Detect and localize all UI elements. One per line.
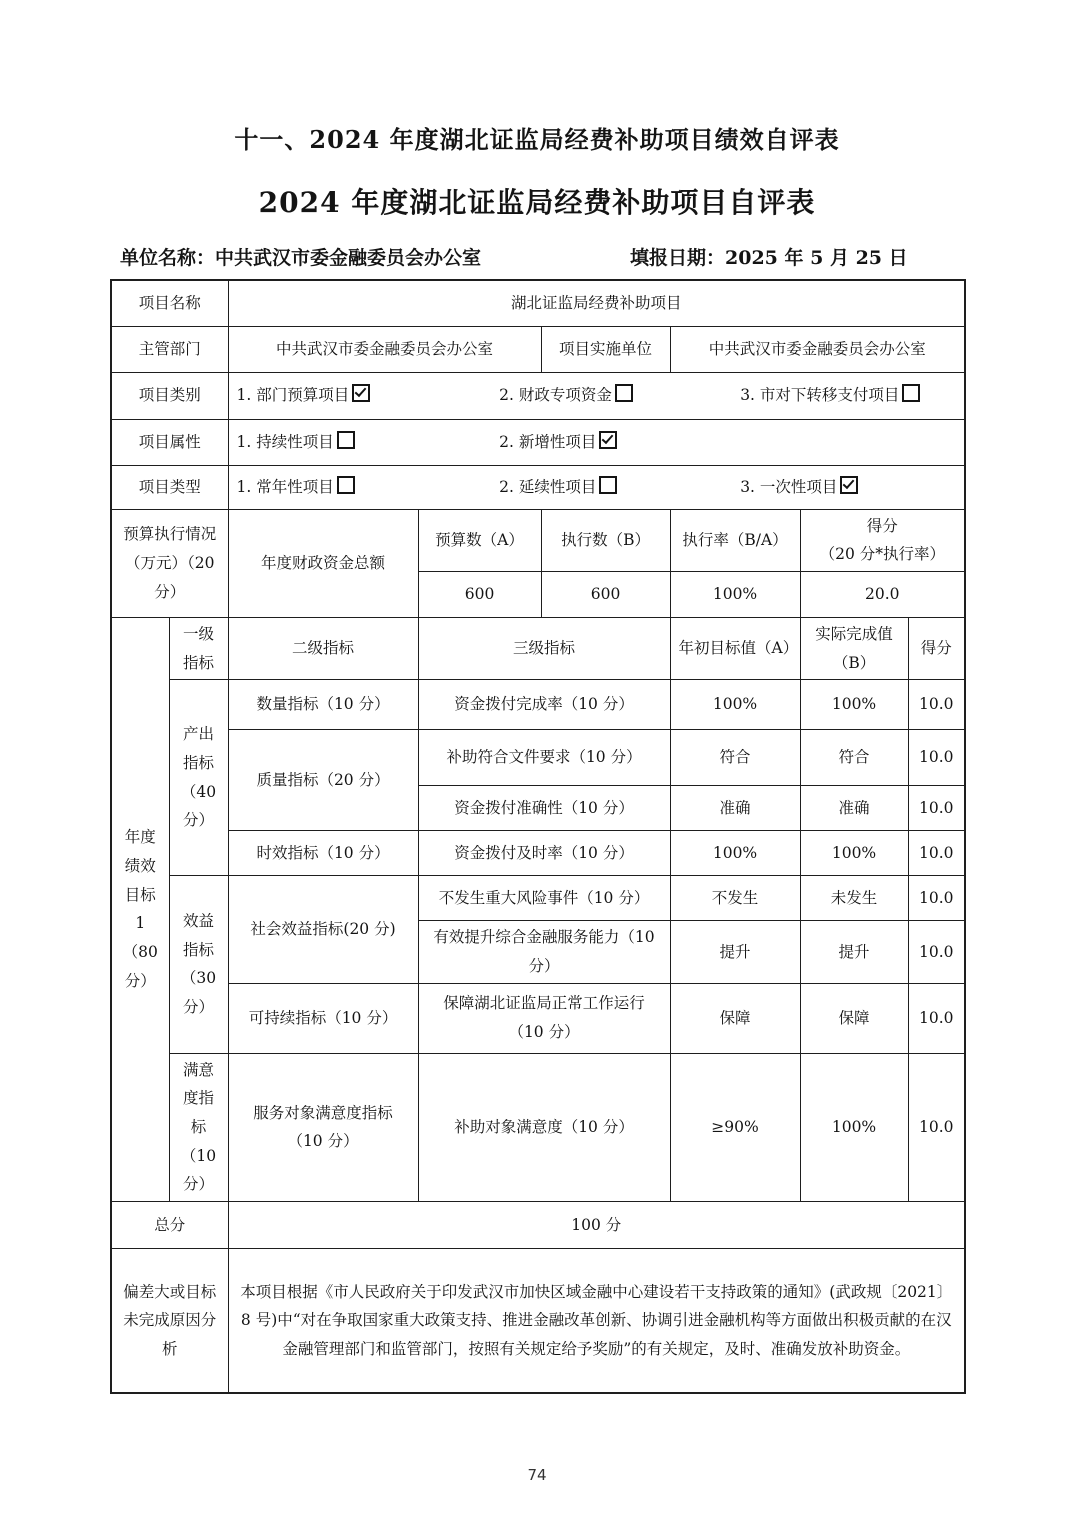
l3-indicator-cell: 资金拨付完成率（10 分）	[418, 680, 670, 730]
l2-indicator-cell: 社会效益指标(20 分)	[228, 876, 418, 983]
rate-value-cell: 100%	[670, 571, 800, 617]
deviation-analysis-cell: 本项目根据《市人民政府关于印发武汉市加快区域金融中心建设若干支持政策的通知》(武…	[228, 1248, 965, 1393]
budget-col-budget-cell: 预算数（A）	[418, 509, 541, 571]
unit-name-label: 单位名称：	[120, 247, 215, 269]
impl-unit-value-cell: 中共武汉市委金融委员会办公室	[670, 326, 965, 372]
option-label: 1. 部门预算项目	[237, 386, 350, 404]
document-page: 十一、2024 年度湖北证监局经费补助项目绩效自评表 2024 年度湖北证监局经…	[110, 0, 964, 1484]
l1-indicator-cell: 满意度指标（10 分）	[169, 1053, 228, 1201]
attribute-options-cell: 1. 持续性项目 2. 新增性项目	[228, 419, 965, 465]
l2-header-cell: 二级指标	[228, 617, 418, 679]
dept-value-cell: 中共武汉市委金融委员会办公室	[228, 326, 541, 372]
budget-score-header-line1: 得分	[809, 512, 957, 541]
option-item: 1. 常年性项目	[237, 473, 500, 502]
report-date-label: 填报日期：	[630, 247, 725, 269]
l1-header-cell: 一级指标	[169, 617, 228, 679]
target-value-cell: 100%	[670, 680, 800, 730]
l1-indicator-cell: 产出指标（40 分）	[169, 680, 228, 876]
l3-indicator-cell: 资金拨付及时率（10 分）	[418, 831, 670, 876]
score-cell: 10.0	[908, 876, 965, 921]
option-item: 1. 持续性项目	[237, 428, 500, 457]
report-date-value: 2025 年 5 月 25 日	[725, 247, 908, 269]
option-label: 1. 常年性项目	[237, 478, 334, 496]
l2-indicator-cell: 可持续指标（10 分）	[228, 983, 418, 1053]
type-option-row: 1. 常年性项目 2. 延续性项目 3. 一次性项目	[237, 473, 957, 502]
total-score-value-cell: 100 分	[228, 1201, 965, 1248]
option-item: 2. 延续性项目	[499, 473, 740, 502]
option-label: 1. 持续性项目	[237, 433, 334, 451]
budget-row-label-cell: 年度财政资金总额	[228, 509, 418, 617]
target-value-cell: 不发生	[670, 876, 800, 921]
l1-indicator-cell: 效益指标（30 分）	[169, 876, 228, 1053]
actual-value-cell: 符合	[800, 730, 908, 786]
score-cell: 10.0	[908, 831, 965, 876]
checkbox-icon	[337, 476, 355, 494]
attribute-label-cell: 项目属性	[111, 419, 228, 465]
target-value-cell: 100%	[670, 831, 800, 876]
checkbox-icon	[902, 384, 920, 402]
budget-score-value-cell: 20.0	[800, 571, 965, 617]
target-value-cell: 保障	[670, 983, 800, 1053]
type-options-cell: 1. 常年性项目 2. 延续性项目 3. 一次性项目	[228, 465, 965, 509]
checkbox-icon	[352, 384, 370, 402]
option-item: 2. 财政专项资金	[499, 381, 740, 410]
option-item: 2. 新增性项目	[499, 428, 740, 457]
meta-line: 单位名称：中共武汉市委金融委员会办公室 填报日期：2025 年 5 月 25 日	[110, 243, 964, 273]
target-value-cell: 准确	[670, 786, 800, 831]
checkbox-icon	[840, 476, 858, 494]
option-label: 2. 延续性项目	[499, 478, 596, 496]
unit-name-value: 中共武汉市委金融委员会办公室	[215, 247, 481, 269]
budget-col-score-cell: 得分 （20 分*执行率）	[800, 509, 965, 571]
actual-value-cell: 保障	[800, 983, 908, 1053]
annual-performance-goal-cell: 年度绩效目标1（80 分）	[111, 617, 169, 1201]
project-name-value-cell: 湖北证监局经费补助项目	[228, 280, 965, 326]
target-value-cell: 符合	[670, 730, 800, 786]
actual-value-cell: 100%	[800, 1053, 908, 1201]
score-cell: 10.0	[908, 786, 965, 831]
l3-indicator-cell: 有效提升综合金融服务能力（10 分）	[418, 921, 670, 983]
l3-indicator-cell: 不发生重大风险事件（10 分）	[418, 876, 670, 921]
option-label: 3. 一次性项目	[740, 478, 837, 496]
l3-indicator-cell: 保障湖北证监局正常工作运行（10 分）	[418, 983, 670, 1053]
type-label-cell: 项目类型	[111, 465, 228, 509]
score-header-cell: 得分	[908, 617, 965, 679]
deviation-label-cell: 偏差大或目标 未完成原因分析	[111, 1248, 228, 1393]
l2-indicator-cell: 质量指标（20 分）	[228, 730, 418, 831]
budget-section-label-cell: 预算执行情况（万元）（20 分）	[111, 509, 228, 617]
l2-indicator-cell: 时效指标（10 分）	[228, 831, 418, 876]
actual-header-cell: 实际完成值（B）	[800, 617, 908, 679]
target-header-cell: 年初目标值（A）	[670, 617, 800, 679]
unit-name: 单位名称：中共武汉市委金融委员会办公室	[120, 243, 481, 270]
option-label: 3. 市对下转移支付项目	[740, 386, 899, 404]
checkbox-icon	[337, 431, 355, 449]
target-value-cell: 提升	[670, 921, 800, 983]
actual-value-cell: 未发生	[800, 876, 908, 921]
l2-indicator-cell: 数量指标（10 分）	[228, 680, 418, 730]
doc-section-title: 十一、2024 年度湖北证监局经费补助项目绩效自评表	[110, 120, 964, 155]
actual-value-cell: 提升	[800, 921, 908, 983]
impl-unit-label-cell: 项目实施单位	[541, 326, 670, 372]
l3-indicator-cell: 资金拨付准确性（10 分）	[418, 786, 670, 831]
target-value-cell: ≥90%	[670, 1053, 800, 1201]
budget-score-header-line2: （20 分*执行率）	[809, 540, 957, 569]
attribute-option-row: 1. 持续性项目 2. 新增性项目	[237, 428, 957, 457]
page-number: 74	[110, 1466, 964, 1484]
category-options-cell: 1. 部门预算项目 2. 财政专项资金 3. 市对下转移支付项目	[228, 372, 965, 419]
budget-value-cell: 600	[418, 571, 541, 617]
form-title: 2024 年度湖北证监局经费补助项目自评表	[110, 181, 964, 221]
score-cell: 10.0	[908, 680, 965, 730]
l3-header-cell: 三级指标	[418, 617, 670, 679]
actual-value-cell: 100%	[800, 680, 908, 730]
report-date: 填报日期：2025 年 5 月 25 日	[630, 243, 908, 270]
score-cell: 10.0	[908, 921, 965, 983]
actual-value-cell: 100%	[800, 831, 908, 876]
project-name-label-cell: 项目名称	[111, 280, 228, 326]
checkbox-icon	[599, 431, 617, 449]
deviation-label-line2: 未完成原因分析	[120, 1306, 220, 1363]
actual-value-cell: 准确	[800, 786, 908, 831]
l3-indicator-cell: 补助符合文件要求（10 分）	[418, 730, 670, 786]
option-label: 2. 财政专项资金	[499, 386, 612, 404]
l2-indicator-cell: 服务对象满意度指标（10 分）	[228, 1053, 418, 1201]
checkbox-icon	[615, 384, 633, 402]
dept-label-cell: 主管部门	[111, 326, 228, 372]
l3-indicator-cell: 补助对象满意度（10 分）	[418, 1053, 670, 1201]
budget-col-exec-cell: 执行数（B）	[541, 509, 670, 571]
exec-value-cell: 600	[541, 571, 670, 617]
option-item: 3. 市对下转移支付项目	[740, 381, 956, 410]
category-label-cell: 项目类别	[111, 372, 228, 419]
option-item: 1. 部门预算项目	[237, 381, 500, 410]
checkbox-icon	[599, 476, 617, 494]
self-eval-table: 项目名称 湖北证监局经费补助项目 主管部门 中共武汉市委金融委员会办公室 项目实…	[110, 279, 966, 1394]
total-score-label-cell: 总分	[111, 1201, 228, 1248]
option-item: 3. 一次性项目	[740, 473, 956, 502]
score-cell: 10.0	[908, 1053, 965, 1201]
score-cell: 10.0	[908, 983, 965, 1053]
option-label: 2. 新增性项目	[499, 433, 596, 451]
category-option-row: 1. 部门预算项目 2. 财政专项资金 3. 市对下转移支付项目	[237, 381, 957, 410]
score-cell: 10.0	[908, 730, 965, 786]
deviation-label-line1: 偏差大或目标	[120, 1278, 220, 1307]
budget-col-rate-cell: 执行率（B/A）	[670, 509, 800, 571]
